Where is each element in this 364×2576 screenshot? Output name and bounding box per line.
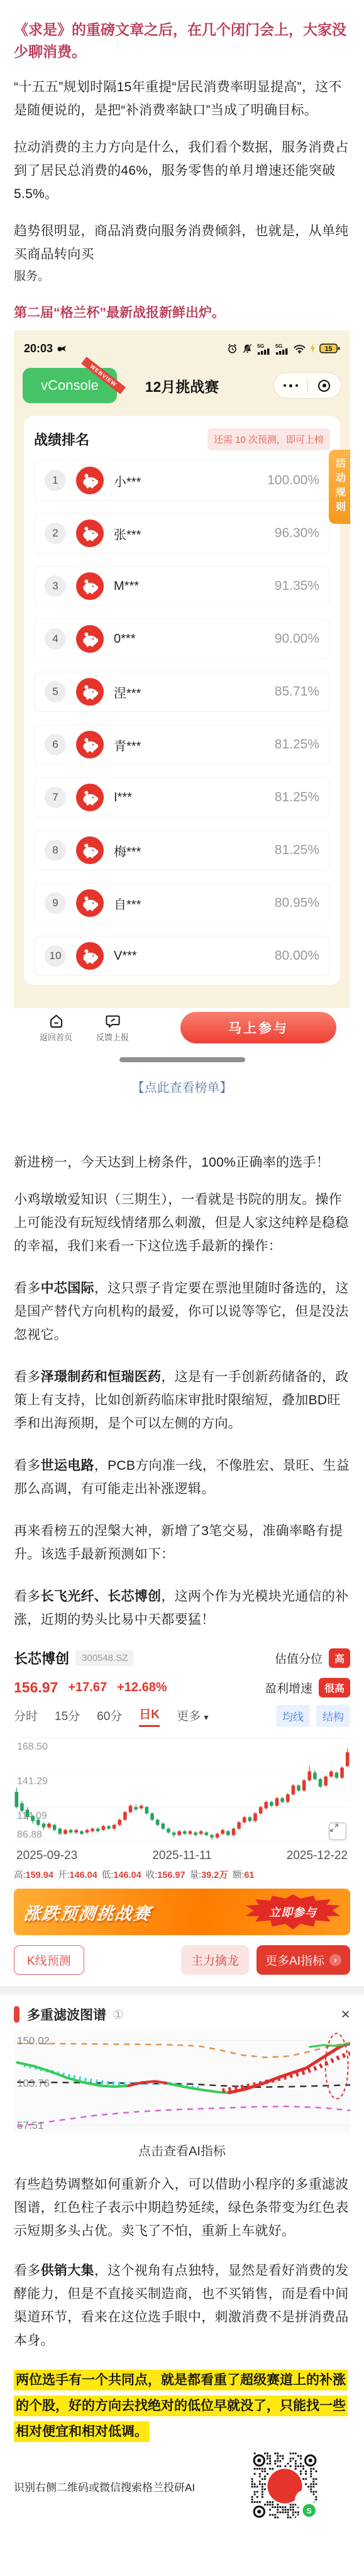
status-misc-icon [57,344,67,353]
player-name: 梅*** [114,841,141,860]
pick-paragraph: 看多供销大集，这个视角有点独特，显然是看好消费的发酵能力，但是不直接买制造商，也… [14,2259,350,2352]
player-name: I*** [114,791,132,805]
rank-number: 1 [45,470,66,491]
paragraph: 服务。 [14,266,350,287]
join-now-cta[interactable]: 立即参与 [246,1894,340,1929]
rank-number: 3 [45,575,66,597]
piggy-avatar [76,731,104,758]
piggy-avatar [76,467,104,494]
footer-text: 识别右侧二维码或微信搜索格兰投研AI [14,2479,195,2494]
more-ai-label: 更多AI指标 [265,1951,324,1968]
close-icon[interactable]: × [341,2007,350,2023]
candlestick-chart: 168.50141.29114.0986.88 [14,1733,350,1845]
pick-paragraph: 看多世运电路，PCB方向准一线，不像胜宏、景旺、生益那么高调，有可能走出补涨逻辑… [14,1454,350,1501]
svg-text:5G: 5G [257,343,265,349]
tool-均线[interactable]: 均线 [276,1705,310,1727]
ohlc-item: 收:156.97 [146,1868,185,1881]
feedback-button[interactable]: 反馈上报 [84,1013,141,1043]
svg-text:86.88: 86.88 [17,1829,42,1840]
leaderboard-row[interactable]: 6青***81.25% [34,724,330,765]
date-tick: 2025-11-11 [152,1849,211,1863]
battery-icon: 15 [319,343,340,354]
alarm-icon [226,343,238,355]
chart-caption[interactable]: 点击查看AI指标 [14,2141,350,2159]
miniapp-title: 12月挑战赛 [145,375,219,396]
svg-text:150.02: 150.02 [17,2035,50,2047]
accuracy-percent: 81.25% [275,737,319,752]
vconsole-label: vConsole [41,377,99,394]
valuation-badge: 高 [329,1648,350,1668]
status-bar: 20:03 5G 5G [14,330,350,358]
miniapp-bottom-bar: 返回首页 反馈上报 马上参与 [14,1008,350,1047]
svg-text:S: S [307,2506,312,2515]
rank-number: 7 [45,787,66,808]
expand-chart-icon[interactable] [329,1823,346,1840]
player-name: 青*** [114,736,141,754]
piggy-avatar [76,836,104,864]
accuracy-percent: 96.30% [275,526,319,541]
article-page: 《求是》的重磅文章之后，在几个闭门会上，大家没少聊消费。 “十五五”规划时隔15… [0,0,364,2576]
piggy-avatar [76,889,104,917]
vconsole-button[interactable]: vConsole WEBVIEW [23,368,117,403]
title-accent-bar [14,2006,19,2023]
leaderboard-row[interactable]: 2张***96.30% [34,513,330,553]
chevron-right-icon: › [329,1954,341,1966]
rank-number: 2 [45,523,66,544]
stock-change-pct: +12.68% [117,1680,167,1695]
info-icon[interactable]: ① [113,2007,124,2023]
leaderboard-rows: 1小***100.00%2张***96.30%3M***91.35%40***9… [34,460,330,976]
filter-spectrum-panel: 多重滤波图谱 ① × 150.02103.7657.51 点击查看AI指标 [14,2005,350,2159]
leaderboard-row[interactable]: 5涅***85.71% [34,672,330,712]
player-name: 涅*** [114,683,141,701]
svg-text:57.51: 57.51 [17,2119,44,2131]
tab-更多[interactable]: 更多▼ [177,1707,210,1727]
profit-growth-badge: 很高 [319,1678,350,1697]
leaderboard-row[interactable]: 7I***81.25% [34,777,330,818]
home-indicator [119,1057,245,1062]
accuracy-percent: 91.35% [275,579,319,594]
player-name: V*** [114,949,137,963]
accuracy-percent: 90.00% [275,631,319,647]
charging-bolt-icon [309,343,316,354]
rank-number: 9 [45,892,66,914]
pick-paragraph: 看多长飞光纤、长芯博创，这两个作为光模块光通信的补涨，近期的势头比易中天都要猛！ [14,1585,350,1631]
date-tick: 2025-09-23 [16,1849,77,1863]
piggy-avatar [76,572,104,600]
leaderboard-row[interactable]: 9自***80.95% [34,883,330,923]
wechat-capsule[interactable] [273,372,341,399]
rank-number: 6 [45,734,66,755]
chart-date-axis: 2025-09-232025-11-112025-12-22 [14,1849,350,1863]
back-home-button[interactable]: 返回首页 [28,1013,84,1043]
prediction-notice: 还需 10 次预测，即可上榜 [207,428,330,450]
join-now-button[interactable]: 马上参与 [180,1012,336,1043]
leaderboard-row[interactable]: 40***90.00% [34,619,330,659]
more-menu-icon[interactable] [274,384,307,387]
accuracy-percent: 80.95% [275,896,319,911]
svg-text:103.76: 103.76 [17,2077,50,2089]
filter-chart: 150.02103.7657.51 [14,2031,350,2132]
section-divider [0,1986,364,1995]
leaderboard-row[interactable]: 8梅***81.25% [34,830,330,870]
tool-结构[interactable]: 结构 [316,1705,350,1727]
accuracy-percent: 80.00% [275,948,319,963]
piggy-avatar [76,784,104,811]
mute-bell-icon [241,343,253,355]
activity-rules-tab[interactable]: 活动规则 [329,450,350,524]
rank-number: 10 [45,945,66,967]
player-name: 自*** [114,894,141,913]
svg-text:15: 15 [325,345,333,353]
stock-change: +17.67 [68,1680,107,1695]
main-force-button[interactable]: 主力擒龙 [181,1945,249,1975]
tab-60分[interactable]: 60分 [97,1707,122,1727]
tab-日K[interactable]: 日K [139,1705,160,1727]
rank-number: 8 [45,840,66,861]
paragraph: 有些趋势调整如何重新介入，可以借助小程序的多重滤波图谱，红色柱子表示中期趋势延续… [14,2173,350,2243]
pick-paragraph: 看多中芯国际，这只票子肯定要在票池里随时备选的，这是国产替代方向机构的最爱，你可… [14,1277,350,1346]
miniprogram-qr-code: S [250,2451,320,2521]
leaderboard-row[interactable]: 10V***80.00% [34,936,330,976]
ohlc-item: 量:39.2万 [190,1868,228,1881]
chevron-down-icon: ▼ [202,1713,210,1722]
leaderboard-row[interactable]: 1小***100.00% [34,460,330,501]
signal-5g-icon: 5G [256,343,272,355]
piggy-avatar [76,625,104,653]
stock-price: 156.97 [14,1679,58,1696]
paragraph: 再来看榜五的涅槃大神，新增了3笔交易，准确率略有提升。该选手最新预测如下： [14,1519,350,1566]
svg-text:141.29: 141.29 [17,1776,48,1787]
rank-number: 5 [45,681,66,702]
feedback-label: 反馈上报 [96,1031,129,1043]
accuracy-percent: 85.71% [275,684,319,699]
paragraph: “十五五”规划时隔15年重提“居民消费率明显提高”，这不是随便说的，是把“补消费… [14,75,350,122]
stock-name: 长芯博创 [14,1648,69,1668]
piggy-avatar [76,678,104,706]
home-icon [48,1013,65,1030]
stock-code: 300548.SZ [75,1650,134,1666]
paragraph: 拉动消费的主力方向是什么，我们看个数据，服务消费占到了居民总消费的46%，服务零… [14,136,350,206]
ohlc-item: 额:61 [233,1868,255,1881]
cta-label: 立即参与 [269,1904,317,1920]
leaderboard-card: 战绩排名 还需 10 次预测，即可上榜 1小***100.00%2张***96.… [24,416,340,985]
rank-number: 4 [45,628,66,650]
tab-15分[interactable]: 15分 [55,1707,80,1727]
profit-growth-label: 盈利增速 [265,1679,312,1696]
miniapp-screenshot: 20:03 5G 5G [14,330,350,1047]
accuracy-percent: 81.25% [275,843,319,858]
leaderboard-row[interactable]: 3M***91.35% [34,566,330,606]
feedback-icon [104,1013,121,1030]
section-subhead: 第二届“格兰杯”最新战报新鲜出炉。 [14,303,350,321]
more-ai-indicators-button[interactable]: 更多AI指标 › [256,1945,350,1975]
back-home-label: 返回首页 [40,1031,72,1043]
promo-banner[interactable]: 涨跌预测挑战赛 立即参与 [14,1889,350,1935]
accuracy-percent: 100.00% [267,473,319,488]
wifi-icon [293,343,306,354]
ohlc-item: 低:146.04 [102,1868,141,1881]
close-circle-icon[interactable] [308,380,341,392]
ohlc-item: 开:146.04 [58,1868,97,1881]
footer-row: 识别右侧二维码或微信搜索格兰投研AI S [14,2451,350,2521]
panel-title: 多重滤波图谱 [27,2005,106,2024]
signal-5g-icon: 5G [275,343,290,355]
svg-text:5G: 5G [275,343,283,349]
article-heading: 《求是》的重磅文章之后，在几个闭门会上，大家没少聊消费。 [14,19,350,63]
accuracy-percent: 81.25% [275,790,319,805]
player-name: M*** [114,579,139,594]
player-name: 张*** [114,525,141,543]
paragraph: 新进榜一，今天达到上榜条件，100%正确率的选手！ [14,1151,350,1174]
kline-predict-button[interactable]: K线预测 [14,1945,84,1975]
player-name: 小*** [114,472,141,490]
leaderboard-title: 战绩排名 [34,430,89,449]
banner-title: 涨跌预测挑战赛 [23,1900,153,1924]
piggy-avatar [76,519,104,547]
player-name: 0*** [114,632,135,647]
pick-paragraph: 看多泽璟制药和恒瑞医药，这是有一手创新药储备的，政策上有支持，比如创新药临床审批… [14,1365,350,1435]
chart-period-tabs: 分时15分60分日K更多▼ 均线结构 [14,1707,350,1727]
valuation-label: 估值分位 [275,1650,323,1667]
ohlc-item: 高:159.94 [14,1868,53,1881]
status-time: 20:03 [24,342,53,355]
piggy-avatar [76,942,104,970]
tab-分时[interactable]: 分时 [14,1707,38,1727]
paragraph: 趋势很明显，商品消费向服务消费倾斜，也就是，从单纯买商品转向买 [14,219,350,266]
miniapp-navbar: vConsole WEBVIEW 12月挑战赛 [14,365,350,406]
svg-text:168.50: 168.50 [17,1741,48,1752]
view-ranking-link[interactable]: 【点此查看榜单】 [14,1077,350,1096]
stock-widget: 长芯博创 300548.SZ 估值分位 高 156.97 +17.67 +12.… [14,1645,350,1975]
paragraph: 小鸡墩墩爱知识（三期生），一看就是书院的朋友。操作上可能没有玩短线情绪那么刺激，… [14,1188,350,1258]
date-tick: 2025-12-22 [287,1849,348,1863]
ohlc-row: 高:159.94开:146.04低:146.04收:156.97量:39.2万额… [14,1868,350,1881]
highlight-paragraph: 两位选手有一个共同点，就是都看重了超级赛道上的补涨的个股，好的方向去找绝对的低位… [14,2367,350,2445]
